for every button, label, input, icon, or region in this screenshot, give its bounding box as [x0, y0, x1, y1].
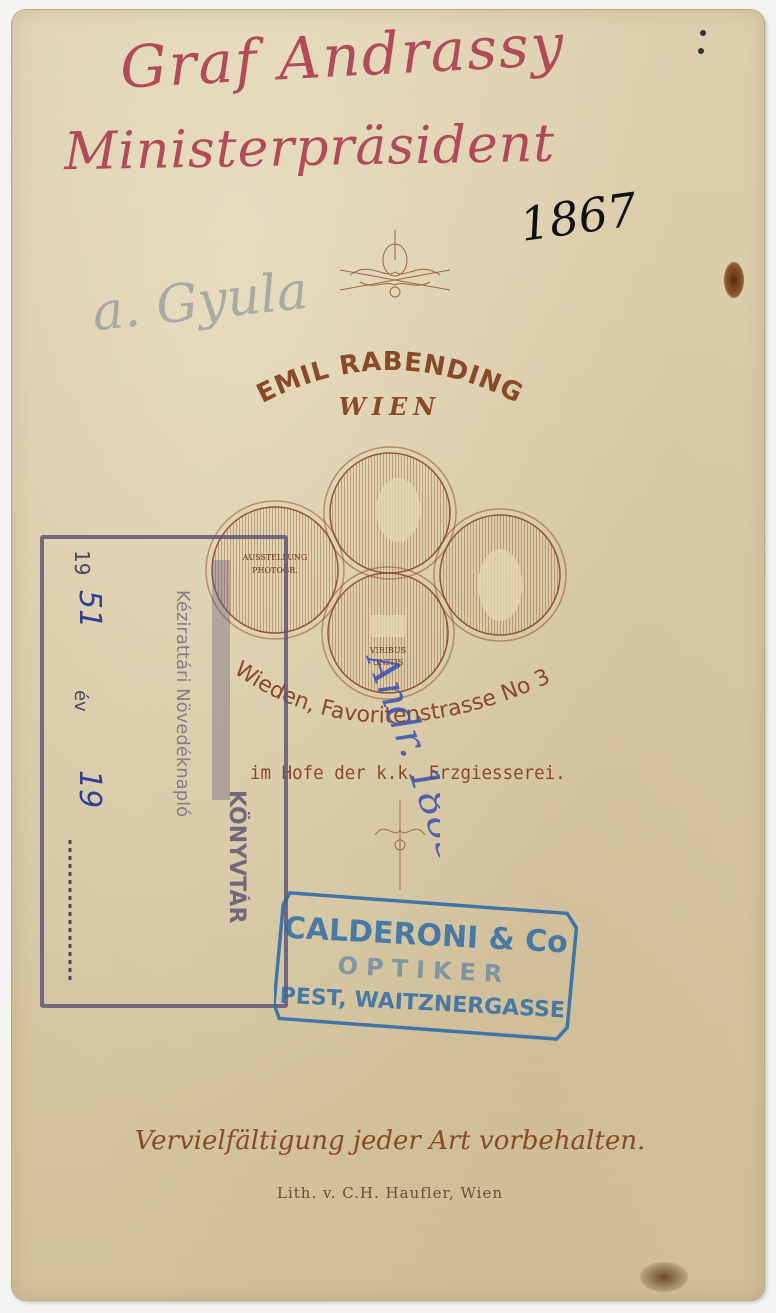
ornament-bottom-icon	[360, 800, 440, 890]
ink-dot	[698, 48, 704, 54]
svg-text:CALDERONI & Co: CALDERONI & Co	[283, 911, 569, 961]
svg-text:OPTIKER: OPTIKER	[337, 951, 511, 988]
handwritten-title-line2: Ministerpräsident	[64, 114, 556, 183]
svg-text:19: 19	[70, 550, 94, 575]
lithographer-credit: Lith. v. C.H. Haufler, Wien	[100, 1184, 680, 1202]
svg-text:év: év	[70, 690, 91, 712]
ink-dot	[700, 30, 706, 36]
svg-text:51: 51	[72, 590, 107, 628]
foxing-stain	[724, 262, 744, 298]
svg-text:19: 19	[72, 770, 107, 808]
rights-reserved-text: Vervielfältigung jeder Art vorbehalten.	[100, 1126, 680, 1156]
library-stamp-entry: 19 51 év 19	[55, 540, 135, 980]
svg-text:Kézirattári Növedéknapló: Kézirattári Növedéknapló	[172, 590, 193, 817]
foxing-stain	[640, 1262, 688, 1292]
library-stamp-outer-text: KÖNYVTÁR	[210, 560, 270, 990]
ornament-top-icon	[330, 230, 460, 300]
library-stamp-inner-text: Kézirattári Növedéknapló	[165, 560, 205, 990]
calderoni-optician-stamp: CALDERONI & Co OPTIKER PEST, WAITZNERGAS…	[274, 890, 578, 1050]
svg-text:KÖNYVTÁR: KÖNYVTÁR	[224, 790, 250, 923]
svg-text:PEST, WAITZNERGASSE: PEST, WAITZNERGASSE	[279, 983, 565, 1023]
studio-city: WIEN	[290, 392, 490, 421]
